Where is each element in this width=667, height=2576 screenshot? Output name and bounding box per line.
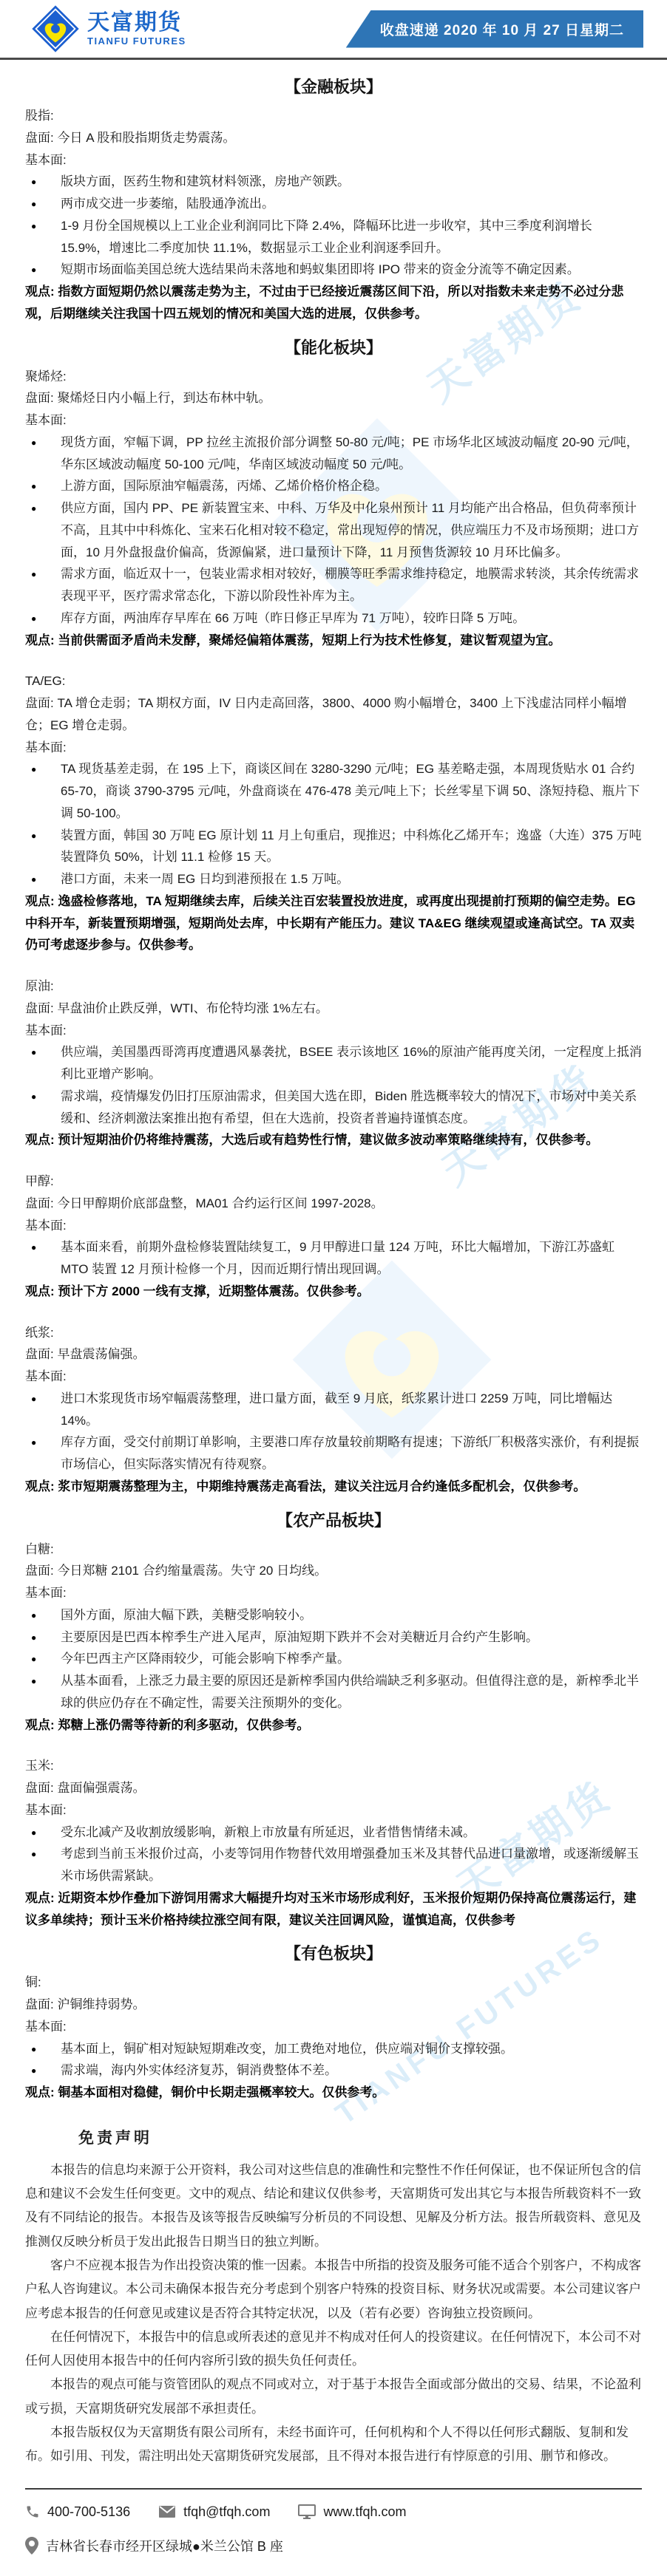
bullet-item: ●需求端，海内外实体经济复苏，铜消费整体不差。 [25, 2059, 642, 2082]
phone-icon [25, 2504, 40, 2519]
commodity-block: TA/EG:盘面: TA 增仓走弱；TA 期权方面，IV 日内走高回落，3800… [25, 670, 642, 956]
bullet-text: 装置方面，韩国 30 万吨 EG 原计划 11 月上旬重启，现推迟；中科炼化乙烯… [61, 825, 642, 869]
guandian-label: 观点: [25, 1891, 55, 1905]
panmian-text: 早盘油价止跌反弹，WTI、布伦特均涨 1%左右。 [57, 1001, 328, 1015]
disclaimer-paragraph: 本报告的信息均来源于公开资料，我公司对这些信息的准确性和完整性不作任何保证，也不… [25, 2158, 642, 2254]
panmian-text: 今日郑糖 2101 合约缩量震荡。失守 20 日均线。 [57, 1564, 327, 1578]
bullet-item: ●版块方面，医药生物和建筑材料领涨，房地产领跌。 [25, 171, 642, 193]
disclaimer-paragraph: 在任何情况下，本报告中的信息或所表述的意见并不构成对任何人的投资建议。在任何情况… [25, 2325, 642, 2374]
bullet-item: ●库存方面，两油库存早库在 66 万吨（昨日修正早库为 71 万吨），较昨日降 … [25, 607, 642, 630]
bullet-text: 考虑到当前玉米报价过高，小麦等饲用作物替代效用增强叠加玉米及其替代品进口量激增，… [61, 1843, 642, 1887]
panmian-line: 盘面: 盘面偏强震荡。 [25, 1777, 642, 1799]
bullet-icon: ● [25, 497, 61, 563]
panmian-text: 今日甲醇期价底部盘整，MA01 合约运行区间 1997-2028。 [57, 1196, 383, 1210]
panmian-text: 盘面偏强震荡。 [57, 1781, 145, 1795]
bullet-icon: ● [25, 1843, 61, 1887]
guandian-line: 观点: 浆市短期震荡整理为主，中期维持震荡走高看法，建议关注远月合约逢低多配机会… [25, 1476, 642, 1498]
guandian-text: 当前供需面矛盾尚未发酵，聚烯烃偏箱体震荡，短期上行为技术性修复，建议暂观望为宜。 [58, 633, 561, 647]
bullet-text: 两市成交进一步萎缩，陆股通净流出。 [61, 193, 642, 215]
bullet-icon: ● [25, 1431, 61, 1476]
bullet-item: ●需求端，疫情爆发仍旧打压原油需求，但美国大选在即，Biden 胜选概率较大的情… [25, 1086, 642, 1130]
bullet-list: ●TA 现货基差走弱，在 195 上下，商谈区间在 3280-3290 元/吨；… [25, 758, 642, 890]
bullet-item: ●从基本面看，上涨乏力最主要的原因还是新榨季国内供给端缺乏利多驱动。但值得注意的… [25, 1670, 642, 1714]
bullet-item: ●基本面上，铜矿相对短缺短期难改变，加工费绝对地位，供应端对铜价支撑较强。 [25, 2038, 642, 2060]
guandian-line: 观点: 郑糖上涨仍需等待新的利多驱动，仅供参考。 [25, 1714, 642, 1737]
bullet-icon: ● [25, 868, 61, 890]
panmian-label: 盘面: [25, 1781, 54, 1795]
guandian-text: 逸盛检修落地，TA 短期继续去库，后续关注百宏装置投放进度，或再度出现提前打预期… [25, 894, 635, 953]
bullet-text: 供应方面，国内 PP、PE 新装置宝来、中科、万华及中化泉州预计 11 月均能产… [61, 497, 642, 563]
bullet-list: ●现货方面，窄幅下调，PP 拉丝主流报价部分调整 50-80 元/吨；PE 市场… [25, 432, 642, 630]
disclaimer-paragraph: 本报告的观点可能与资管团队的观点不同或对立，对于基于本报告全面或部分做出的交易、… [25, 2373, 642, 2421]
bullet-list: ●基本面来看，前期外盘检修装置陆续复工，9 月甲醇进口量 124 万吨，环比大幅… [25, 1236, 642, 1281]
commodity-name: 白糖: [25, 1539, 642, 1561]
bullet-item: ●库存方面，受交付前期订单影响，主要港口库存放量较前期略有提速；下游纸厂积极落实… [25, 1431, 642, 1476]
disclaimer-section: 免责声明 本报告的信息均来源于公开资料，我公司对这些信息的准确性和完整性不作任何… [0, 2126, 667, 2469]
panmian-line: 盘面: 今日 A 股和股指期货走势震荡。 [25, 127, 642, 149]
panmian-line: 盘面: 早盘震荡偏强。 [25, 1343, 642, 1366]
bullet-icon: ● [25, 215, 61, 259]
date-banner: 收盘速递 2020 年 10 月 27 日星期二 [346, 10, 643, 48]
bullet-icon: ● [25, 2059, 61, 2082]
commodity-name: 铜: [25, 1972, 642, 1994]
contact-row: 400-700-5136 tfqh@tfqh.com www.tfqh.com [25, 2504, 642, 2520]
commodity-block: 股指:盘面: 今日 A 股和股指期货走势震荡。基本面:●版块方面，医药生物和建筑… [25, 105, 642, 325]
bullet-item: ●国外方面，原油大幅下跌，美糖受影响较小。 [25, 1604, 642, 1626]
bullet-icon: ● [25, 607, 61, 630]
bullet-text: 版块方面，医药生物和建筑材料领涨，房地产领跌。 [61, 171, 642, 193]
bullet-icon: ● [25, 1236, 61, 1281]
bullet-icon: ● [25, 1604, 61, 1626]
bullet-item: ●受东北减产及收割放缓影响，新粮上市放量有所延迟，业者惜售情绪未减。 [25, 1822, 642, 1844]
panmian-line: 盘面: TA 增仓走弱；TA 期权方面，IV 日内走高回落，3800、4000 … [25, 692, 642, 737]
guandian-line: 观点: 近期资本炒作叠加下游饲用需求大幅提升均对玉米市场形成利好，玉米报价短期仍… [25, 1887, 642, 1932]
bullet-text: 从基本面看，上涨乏力最主要的原因还是新榨季国内供给端缺乏利多驱动。但值得注意的是… [61, 1670, 642, 1714]
guandian-label: 观点: [25, 2085, 55, 2099]
report-body: 【金融板块】股指:盘面: 今日 A 股和股指期货走势震荡。基本面:●版块方面，医… [0, 60, 667, 2104]
bullet-icon: ● [25, 171, 61, 193]
bullet-icon: ● [25, 563, 61, 607]
jibenmian-label: 基本面: [25, 2016, 642, 2038]
website-contact: www.tfqh.com [298, 2504, 406, 2520]
commodity-name: 聚烯烃: [25, 366, 642, 388]
commodity-block: 白糖:盘面: 今日郑糖 2101 合约缩量震荡。失守 20 日均线。基本面:●国… [25, 1539, 642, 1737]
bullet-text: 需求端，海内外实体经济复苏，铜消费整体不差。 [61, 2059, 642, 2082]
brand-text: 天富期货 TIANFU FUTURES [87, 11, 186, 47]
panmian-text: 沪铜维持弱势。 [57, 1997, 145, 2011]
jibenmian-label: 基本面: [25, 1366, 642, 1388]
commodity-name: 纸浆: [25, 1322, 642, 1344]
brand-name: 天富期货 [87, 11, 186, 35]
bullet-text: 需求方面，临近双十一，包装业需求相对较好，棚膜等旺季需求维持稳定，地膜需求转淡，… [61, 563, 642, 607]
jibenmian-label: 基本面: [25, 1020, 642, 1042]
report-page: 天富期货 天富期货 天富期货 TIANFU FUTURES 天富期货 TIANF… [0, 0, 667, 2576]
panmian-text: TA 增仓走弱；TA 期权方面，IV 日内走高回落，3800、4000 购小幅增… [25, 696, 627, 732]
bullet-icon: ● [25, 1822, 61, 1844]
bullet-item: ●主要原因是巴西本榨季生产进入尾声，原油短期下跌并不会对美糖近月合约产生影响。 [25, 1626, 642, 1649]
commodity-block: 纸浆:盘面: 早盘震荡偏强。基本面:●进口木浆现货市场窄幅震荡整理，进口量方面，… [25, 1322, 642, 1498]
bullet-text: 港口方面，未来一周 EG 日均到港预报在 1.5 万吨。 [61, 868, 642, 890]
disclaimer-paragraph: 客户不应视本报告为作出投资决策的惟一因素。本报告中所指的投资及服务可能不适合个别… [25, 2254, 642, 2325]
bullet-text: 基本面来看，前期外盘检修装置陆续复工，9 月甲醇进口量 124 万吨，环比大幅增… [61, 1236, 642, 1281]
panmian-label: 盘面: [25, 1997, 54, 2011]
bullet-item: ●考虑到当前玉米报价过高，小麦等饲用作物替代效用增强叠加玉米及其替代品进口量激增… [25, 1843, 642, 1887]
commodity-block: 聚烯烃:盘面: 聚烯烃日内小幅上行，到达布林中轨。基本面:●现货方面，窄幅下调，… [25, 366, 642, 652]
bullet-text: 基本面上，铜矿相对短缺短期难改变，加工费绝对地位，供应端对铜价支撑较强。 [61, 2038, 642, 2060]
panmian-text: 早盘震荡偏强。 [57, 1347, 145, 1361]
guandian-line: 观点: 逸盛检修落地，TA 短期继续去库，后续关注百宏装置投放进度，或再度出现提… [25, 890, 642, 956]
guandian-text: 铜基本面相对稳健，铜价中长期走强概率较大。仅供参考。 [58, 2085, 385, 2099]
guandian-text: 近期资本炒作叠加下游饲用需求大幅提升均对玉米市场形成利好，玉米报价短期仍保持高位… [25, 1891, 636, 1927]
guandian-text: 指数方面短期仍然以震荡走势为主，不过由于已经接近震荡区间下沿，所以对指数未来走势… [25, 284, 623, 321]
jibenmian-label: 基本面: [25, 737, 642, 759]
bullet-text: 今年巴西主产区降雨较少，可能会影响下榨季产量。 [61, 1648, 642, 1670]
monitor-icon [298, 2504, 316, 2519]
bullet-list: ●供应端，美国墨西哥湾再度遭遇风暴袭扰，BSEE 表示该地区 16%的原油产能再… [25, 1041, 642, 1129]
jibenmian-label: 基本面: [25, 1799, 642, 1822]
bullet-item: ●短期市场面临美国总统大选结果尚未落地和蚂蚁集团即将 IPO 带来的资金分流等不… [25, 259, 642, 281]
panmian-label: 盘面: [25, 1001, 54, 1015]
email-contact: tfqh@tfqh.com [158, 2504, 270, 2520]
bullet-item: ●装置方面，韩国 30 万吨 EG 原计划 11 月上旬重启，现推迟；中科炼化乙… [25, 825, 642, 869]
commodity-name: 股指: [25, 105, 642, 127]
email-address: tfqh@tfqh.com [183, 2504, 270, 2520]
tianfu-diamond-logo-icon [31, 3, 80, 55]
guandian-line: 观点: 铜基本面相对稳健，铜价中长期走强概率较大。仅供参考。 [25, 2082, 642, 2104]
panmian-line: 盘面: 聚烯烃日内小幅上行，到达布林中轨。 [25, 387, 642, 409]
bullet-item: ●上游方面，国际原油窄幅震荡，丙烯、乙烯价格价格企稳。 [25, 475, 642, 497]
bullet-text: 供应端，美国墨西哥湾再度遭遇风暴袭扰，BSEE 表示该地区 16%的原油产能再度… [61, 1041, 642, 1086]
bullet-text: 受东北减产及收割放缓影响，新粮上市放量有所延迟，业者惜售情绪未减。 [61, 1822, 642, 1844]
bullet-list: ●基本面上，铜矿相对短缺短期难改变，加工费绝对地位，供应端对铜价支撑较强。●需求… [25, 2038, 642, 2082]
page-footer: 400-700-5136 tfqh@tfqh.com www.tfqh.com [25, 2488, 642, 2576]
phone-number: 400-700-5136 [47, 2504, 130, 2520]
panmian-line: 盘面: 沪铜维持弱势。 [25, 1994, 642, 2016]
bullet-item: ●进口木浆现货市场窄幅震荡整理，进口量方面，截至 9 月底，纸浆累计进口 225… [25, 1388, 642, 1432]
bullet-item: ●供应方面，国内 PP、PE 新装置宝来、中科、万华及中化泉州预计 11 月均能… [25, 497, 642, 563]
panmian-line: 盘面: 早盘油价止跌反弹，WTI、布伦特均涨 1%左右。 [25, 998, 642, 1020]
commodity-block: 玉米:盘面: 盘面偏强震荡。基本面:●受东北减产及收割放缓影响，新粮上市放量有所… [25, 1755, 642, 1931]
bullet-icon: ● [25, 1086, 61, 1130]
jibenmian-label: 基本面: [25, 1215, 642, 1237]
commodity-name: 原油: [25, 975, 642, 998]
guandian-text: 郑糖上涨仍需等待新的利多驱动，仅供参考。 [58, 1718, 309, 1732]
bullet-text: 国外方面，原油大幅下跌，美糖受影响较小。 [61, 1604, 642, 1626]
bullet-text: 短期市场面临美国总统大选结果尚未落地和蚂蚁集团即将 IPO 带来的资金分流等不确… [61, 259, 642, 281]
disclaimer-paragraph: 本报告版权仅为天富期货有限公司所有，未经书面许可，任何机构和个人不得以任何形式翻… [25, 2421, 642, 2469]
guandian-label: 观点: [25, 1284, 55, 1298]
jibenmian-label: 基本面: [25, 149, 642, 171]
bullet-item: ●基本面来看，前期外盘检修装置陆续复工，9 月甲醇进口量 124 万吨，环比大幅… [25, 1236, 642, 1281]
bullet-list: ●进口木浆现货市场窄幅震荡整理，进口量方面，截至 9 月底，纸浆累计进口 225… [25, 1388, 642, 1476]
guandian-label: 观点: [25, 633, 55, 647]
guandian-text: 预计下方 2000 一线有支撑，近期整体震荡。仅供参考。 [58, 1284, 369, 1298]
panmian-label: 盘面: [25, 1564, 54, 1578]
commodity-block: 铜:盘面: 沪铜维持弱势。基本面:●基本面上，铜矿相对短缺短期难改变，加工费绝对… [25, 1972, 642, 2104]
bullet-item: ●需求方面，临近双十一，包装业需求相对较好，棚膜等旺季需求维持稳定，地膜需求转淡… [25, 563, 642, 607]
bullet-icon: ● [25, 1041, 61, 1086]
brand-subtitle: TIANFU FUTURES [87, 36, 186, 47]
commodity-name: 甲醇: [25, 1171, 642, 1193]
bullet-list: ●版块方面，医药生物和建筑材料领涨，房地产领跌。●两市成交进一步萎缩，陆股通净流… [25, 171, 642, 281]
bullet-text: 进口木浆现货市场窄幅震荡整理，进口量方面，截至 9 月底，纸浆累计进口 2259… [61, 1388, 642, 1432]
bullet-icon: ● [25, 1388, 61, 1432]
commodity-block: 原油:盘面: 早盘油价止跌反弹，WTI、布伦特均涨 1%左右。基本面:●供应端，… [25, 975, 642, 1151]
disclaimer-title: 免责声明 [78, 2126, 642, 2148]
bullet-icon: ● [25, 432, 61, 476]
bullet-list: ●国外方面，原油大幅下跌，美糖受影响较小。●主要原因是巴西本榨季生产进入尾声，原… [25, 1604, 642, 1714]
bullet-icon: ● [25, 193, 61, 215]
guandian-label: 观点: [25, 284, 55, 299]
guandian-text: 预计短期油价仍将维持震荡，大选后或有趋势性行情，建议做多波动率策略继续持有，仅供… [58, 1133, 598, 1147]
jibenmian-label: 基本面: [25, 409, 642, 432]
bullet-text: 库存方面，两油库存早库在 66 万吨（昨日修正早库为 71 万吨），较昨日降 5… [61, 607, 642, 630]
bullet-item: ●TA 现货基差走弱，在 195 上下，商谈区间在 3280-3290 元/吨；… [25, 758, 642, 824]
panmian-line: 盘面: 今日甲醇期价底部盘整，MA01 合约运行区间 1997-2028。 [25, 1193, 642, 1215]
phone-contact: 400-700-5136 [25, 2504, 130, 2520]
bullet-item: ●1-9 月份全国规模以上工业企业利润同比下降 2.4%，降幅环比进一步收窄，其… [25, 215, 642, 259]
bullet-icon: ● [25, 1648, 61, 1670]
commodity-name: TA/EG: [25, 670, 642, 692]
bullet-text: 上游方面，国际原油窄幅震荡，丙烯、乙烯价格价格企稳。 [61, 475, 642, 497]
bullet-text: 主要原因是巴西本榨季生产进入尾声，原油短期下跌并不会对美糖近月合约产生影响。 [61, 1626, 642, 1649]
guandian-label: 观点: [25, 1479, 55, 1493]
address-contact: 吉林省长春市经开区绿城●米兰公馆 B 座 [25, 2536, 283, 2555]
bullet-item: ●两市成交进一步萎缩，陆股通净流出。 [25, 193, 642, 215]
panmian-text: 聚烯烃日内小幅上行，到达布林中轨。 [57, 391, 271, 405]
panmian-label: 盘面: [25, 1347, 54, 1361]
website-url: www.tfqh.com [323, 2504, 406, 2520]
bullet-list: ●受东北减产及收割放缓影响，新粮上市放量有所延迟，业者惜售情绪未减。●考虑到当前… [25, 1822, 642, 1887]
guandian-line: 观点: 预计下方 2000 一线有支撑，近期整体震荡。仅供参考。 [25, 1281, 642, 1303]
guandian-line: 观点: 预计短期油价仍将维持震荡，大选后或有趋势性行情，建议做多波动率策略继续持… [25, 1129, 642, 1151]
bullet-item: ●今年巴西主产区降雨较少，可能会影响下榨季产量。 [25, 1648, 642, 1670]
bullet-item: ●现货方面，窄幅下调，PP 拉丝主流报价部分调整 50-80 元/吨；PE 市场… [25, 432, 642, 476]
jibenmian-label: 基本面: [25, 1582, 642, 1604]
section-title: 【能化板块】 [25, 335, 642, 358]
panmian-label: 盘面: [25, 696, 54, 710]
bullet-item: ●供应端，美国墨西哥湾再度遭遇风暴袭扰，BSEE 表示该地区 16%的原油产能再… [25, 1041, 642, 1086]
bullet-text: 现货方面，窄幅下调，PP 拉丝主流报价部分调整 50-80 元/吨；PE 市场华… [61, 432, 642, 476]
envelope-icon [158, 2505, 176, 2518]
guandian-label: 观点: [25, 1133, 55, 1147]
guandian-label: 观点: [25, 1718, 55, 1732]
bullet-icon: ● [25, 259, 61, 281]
commodity-name: 玉米: [25, 1755, 642, 1777]
bullet-text: 库存方面，受交付前期订单影响，主要港口库存放量较前期略有提速；下游纸厂积极落实涨… [61, 1431, 642, 1476]
bullet-text: TA 现货基差走弱，在 195 上下，商谈区间在 3280-3290 元/吨；E… [61, 758, 642, 824]
bullet-icon: ● [25, 1626, 61, 1649]
bullet-icon: ● [25, 825, 61, 869]
brand-logo: 天富期货 TIANFU FUTURES [31, 3, 186, 55]
guandian-line: 观点: 指数方面短期仍然以震荡走势为主，不过由于已经接近震荡区间下沿，所以对指数… [25, 281, 642, 325]
section-title: 【农产品板块】 [25, 1508, 642, 1531]
guandian-line: 观点: 当前供需面矛盾尚未发酵，聚烯烃偏箱体震荡，短期上行为技术性修复，建议暂观… [25, 630, 642, 652]
panmian-line: 盘面: 今日郑糖 2101 合约缩量震荡。失守 20 日均线。 [25, 1560, 642, 1582]
address-text: 吉林省长春市经开区绿城●米兰公馆 B 座 [46, 2536, 283, 2555]
bullet-item: ●港口方面，未来一周 EG 日均到港预报在 1.5 万吨。 [25, 868, 642, 890]
bullet-text: 需求端，疫情爆发仍旧打压原油需求，但美国大选在即，Biden 胜选概率较大的情况… [61, 1086, 642, 1130]
bullet-icon: ● [25, 475, 61, 497]
panmian-label: 盘面: [25, 131, 54, 145]
bullet-icon: ● [25, 758, 61, 824]
section-title: 【有色板块】 [25, 1941, 642, 1964]
bullet-icon: ● [25, 1670, 61, 1714]
guandian-text: 浆市短期震荡整理为主，中期维持震荡走高看法，建议关注远月合约逢低多配机会，仅供参… [58, 1479, 586, 1493]
commodity-block: 甲醇:盘面: 今日甲醇期价底部盘整，MA01 合约运行区间 1997-2028。… [25, 1171, 642, 1303]
bullet-text: 1-9 月份全国规模以上工业企业利润同比下降 2.4%，降幅环比进一步收窄，其中… [61, 215, 642, 259]
panmian-label: 盘面: [25, 391, 54, 405]
guandian-label: 观点: [25, 894, 55, 908]
section-title: 【金融板块】 [25, 75, 642, 98]
panmian-label: 盘面: [25, 1196, 54, 1210]
contact-row-address: 吉林省长春市经开区绿城●米兰公馆 B 座 [25, 2536, 642, 2555]
map-pin-icon [25, 2537, 38, 2555]
page-header: 天富期货 TIANFU FUTURES 收盘速递 2020 年 10 月 27 … [0, 0, 667, 60]
panmian-text: 今日 A 股和股指期货走势震荡。 [57, 131, 235, 145]
bullet-icon: ● [25, 2038, 61, 2060]
